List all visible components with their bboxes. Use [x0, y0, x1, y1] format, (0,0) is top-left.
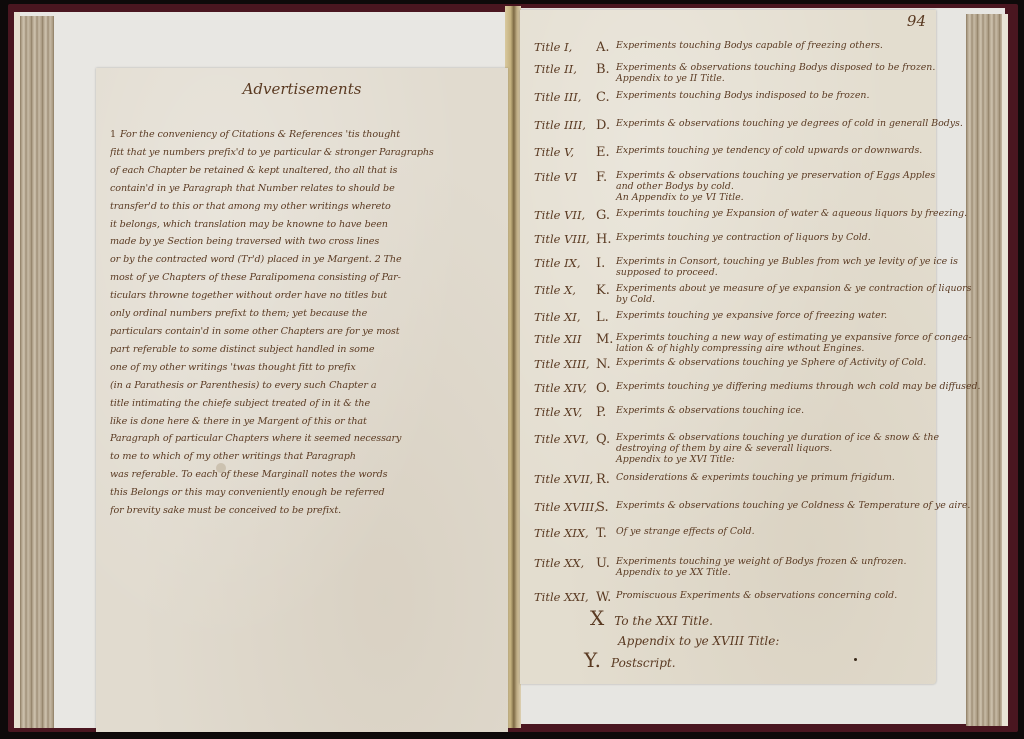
entry-description: Experimts & observations touching ice.: [616, 405, 930, 416]
entry-description: Experimts & observations touching ye dur…: [616, 432, 930, 465]
entry-description: Experimts & observations touching ye Col…: [616, 500, 930, 511]
right-page-edges: [966, 14, 1002, 726]
entry-description: Experimts touching ye differing mediums …: [616, 381, 930, 392]
entry-title: Title XVI,: [534, 432, 590, 446]
text-line: Paragraph of particular Chapters where i…: [110, 430, 494, 448]
appendix-entry-xviii: Appendix to ye XVIII Title:: [618, 634, 779, 648]
entry-description: Considerations & experimts touching ye p…: [616, 472, 930, 483]
entry-title: Title XIX,: [534, 526, 590, 540]
text-line: only ordinal numbers prefixt to them; ye…: [110, 305, 494, 323]
text-line: it belongs, which translation may be kno…: [110, 216, 494, 234]
entry-title: Title IX,: [534, 256, 590, 270]
entry-description: Experimts touching ye tendency of cold u…: [616, 145, 930, 156]
text-line: fitt that ye numbers prefix'd to ye part…: [110, 144, 494, 162]
text-line: made by ye Section being traversed with …: [110, 233, 494, 251]
text-line: (in a Parathesis or Parenthesis) to ever…: [110, 377, 494, 395]
entry-description: Experimts & observations touching ye pre…: [616, 170, 930, 203]
entry-description: Of ye strange effects of Cold.: [616, 526, 930, 537]
entry-title: Title XXI,: [534, 590, 590, 604]
entry-title: Title III,: [534, 90, 590, 104]
text-line: title intimating the chiefe subject trea…: [110, 395, 494, 413]
entry-description: Promiscuous Experiments & observations c…: [616, 590, 930, 601]
entry-title: Title IIII,: [534, 118, 590, 132]
entry-title: Title XIII,: [534, 357, 590, 371]
entry-title: Title XIV,: [534, 381, 590, 395]
text-line: for brevity sake must be conceived to be…: [110, 502, 494, 520]
postscript-entry: Y.Postscript.: [584, 648, 676, 672]
ink-spot: [854, 658, 857, 661]
entry-description: Experimts touching ye contraction of liq…: [616, 232, 930, 243]
text-line: transfer'd to this or that among my othe…: [110, 198, 494, 216]
entry-title: Title I,: [534, 40, 590, 54]
text-line: part referable to some distinct subject …: [110, 341, 494, 359]
paragraph-number: 1: [110, 129, 116, 140]
text-line: or by the contracted word (Tr'd) placed …: [110, 251, 494, 269]
text-line: contain'd in ye Paragraph that Number re…: [110, 180, 494, 198]
text-line: like is done here & there in ye Margent …: [110, 413, 494, 431]
entry-description: Experiments touching Bodys capable of fr…: [616, 40, 930, 51]
text-line: ticulars throwne together without order …: [110, 287, 494, 305]
entry-description: Experiments & observations touching Body…: [616, 62, 930, 84]
entry-description: Experimts & observations touching ye Sph…: [616, 357, 930, 368]
entry-title: Title V,: [534, 145, 590, 159]
text-line: 1For the conveniency of Citations & Refe…: [110, 126, 494, 144]
entry-description: Experimts in Consort, touching ye Bubles…: [616, 256, 930, 278]
text-line: most of ye Chapters of these Paralipomen…: [110, 269, 494, 287]
entry-description: Experimts & observations touching ye deg…: [616, 118, 930, 129]
entry-title: Title VII,: [534, 208, 590, 222]
right-manuscript-page: 94 Title I, A. Experiments touching Body…: [520, 10, 936, 684]
entry-title: Title II,: [534, 62, 590, 76]
entry-title: Title XI,: [534, 310, 590, 324]
text-line: particulars contain'd in some other Chap…: [110, 323, 494, 341]
advertisement-paragraph: 1For the conveniency of Citations & Refe…: [110, 126, 494, 520]
table-of-titles: Title I, A. Experiments touching Bodys c…: [520, 10, 936, 684]
left-manuscript-page: Advertisements 1For the conveniency of C…: [96, 68, 508, 732]
entry-description: Experiments about ye measure of ye expan…: [616, 283, 930, 305]
appendix-entry-x: XTo the XXI Title.: [590, 606, 713, 630]
entry-title: Title XVII,: [534, 472, 590, 486]
text-line: this Belongs or this may conveniently en…: [110, 484, 494, 502]
left-page-edges: [20, 16, 54, 728]
entry-description: Experimts touching ye Expansion of water…: [616, 208, 930, 219]
text-line: to me to which of my other writings that…: [110, 448, 494, 466]
entry-title: Title XV,: [534, 405, 590, 419]
paper-stain: [216, 463, 226, 473]
entry-description: Experimts touching a new way of estimati…: [616, 332, 930, 354]
entry-title: Title XII: [534, 332, 590, 346]
text-line: one of my other writings 'twas thought f…: [110, 359, 494, 377]
entry-description: Experiments touching Bodys indisposed to…: [616, 90, 930, 101]
entry-title: Title VI: [534, 170, 590, 184]
text-line: of each Chapter be retained & kept unalt…: [110, 162, 494, 180]
entry-title: Title XVIII,: [534, 500, 590, 514]
entry-title: Title XX,: [534, 556, 590, 570]
text-line: was referable. To each of these Marginal…: [110, 466, 494, 484]
page-heading: Advertisements: [96, 80, 508, 98]
entry-description: Experiments touching ye weight of Bodys …: [616, 556, 930, 578]
entry-title: Title VIII,: [534, 232, 590, 246]
entry-description: Experimts touching ye expansive force of…: [616, 310, 930, 321]
entry-title: Title X,: [534, 283, 590, 297]
right-page-edge-rim: [1002, 14, 1008, 726]
